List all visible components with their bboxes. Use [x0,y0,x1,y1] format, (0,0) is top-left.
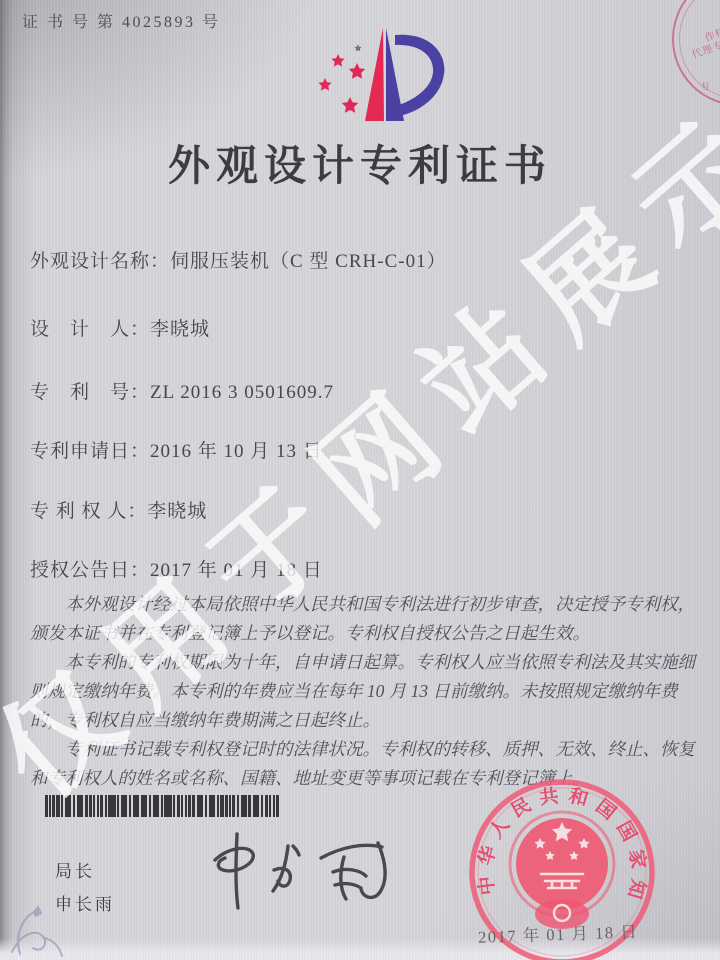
page-title: 外观设计专利证书 [0,133,720,193]
legal-text: 本外观设计经过本局依照中华人民共和国专利法进行初步审查，决定授予专利权，颁发本证… [30,590,704,793]
barcode-image [45,795,281,817]
director-title: 局长 [55,857,95,882]
signature-image [185,828,397,920]
certificate-number: 证 书 号 第 4025893 号 [22,9,221,32]
filing-date-field: 专利申请日：2016 年 10 月 13 日 [30,436,323,463]
grant-date-field: 授权公告日：2017 年 01 月 18 日 [30,555,323,582]
design-name-field: 外观设计名称：伺服压装机（C 型 CRH-C-01） [30,246,447,273]
legal-paragraph: 本外观设计经过本局依照中华人民共和国专利法进行初步审查，决定授予专利权，颁发本证… [30,590,704,648]
guilloche-ornament-icon [4,900,96,958]
legal-paragraph: 本专利的专利权期限为十年，自申请日起算。专利权人应当依照专利法及其实施细则规定缴… [30,648,704,735]
sipo-logo-icon [295,24,445,126]
agency-stamp-icon: 作权 代理专 专 [672,0,720,106]
designer-field: 设 计 人：李晓城 [30,314,210,341]
patentee-field: 专 利 权 人：李晓城 [30,496,207,523]
certificate-photo: 证 书 号 第 4025893 号 作权 代理专 专 外观设计专利证书 外观设计… [0,0,720,960]
patent-number-field: 专 利 号：ZL 2016 3 0501609.7 [30,377,334,404]
